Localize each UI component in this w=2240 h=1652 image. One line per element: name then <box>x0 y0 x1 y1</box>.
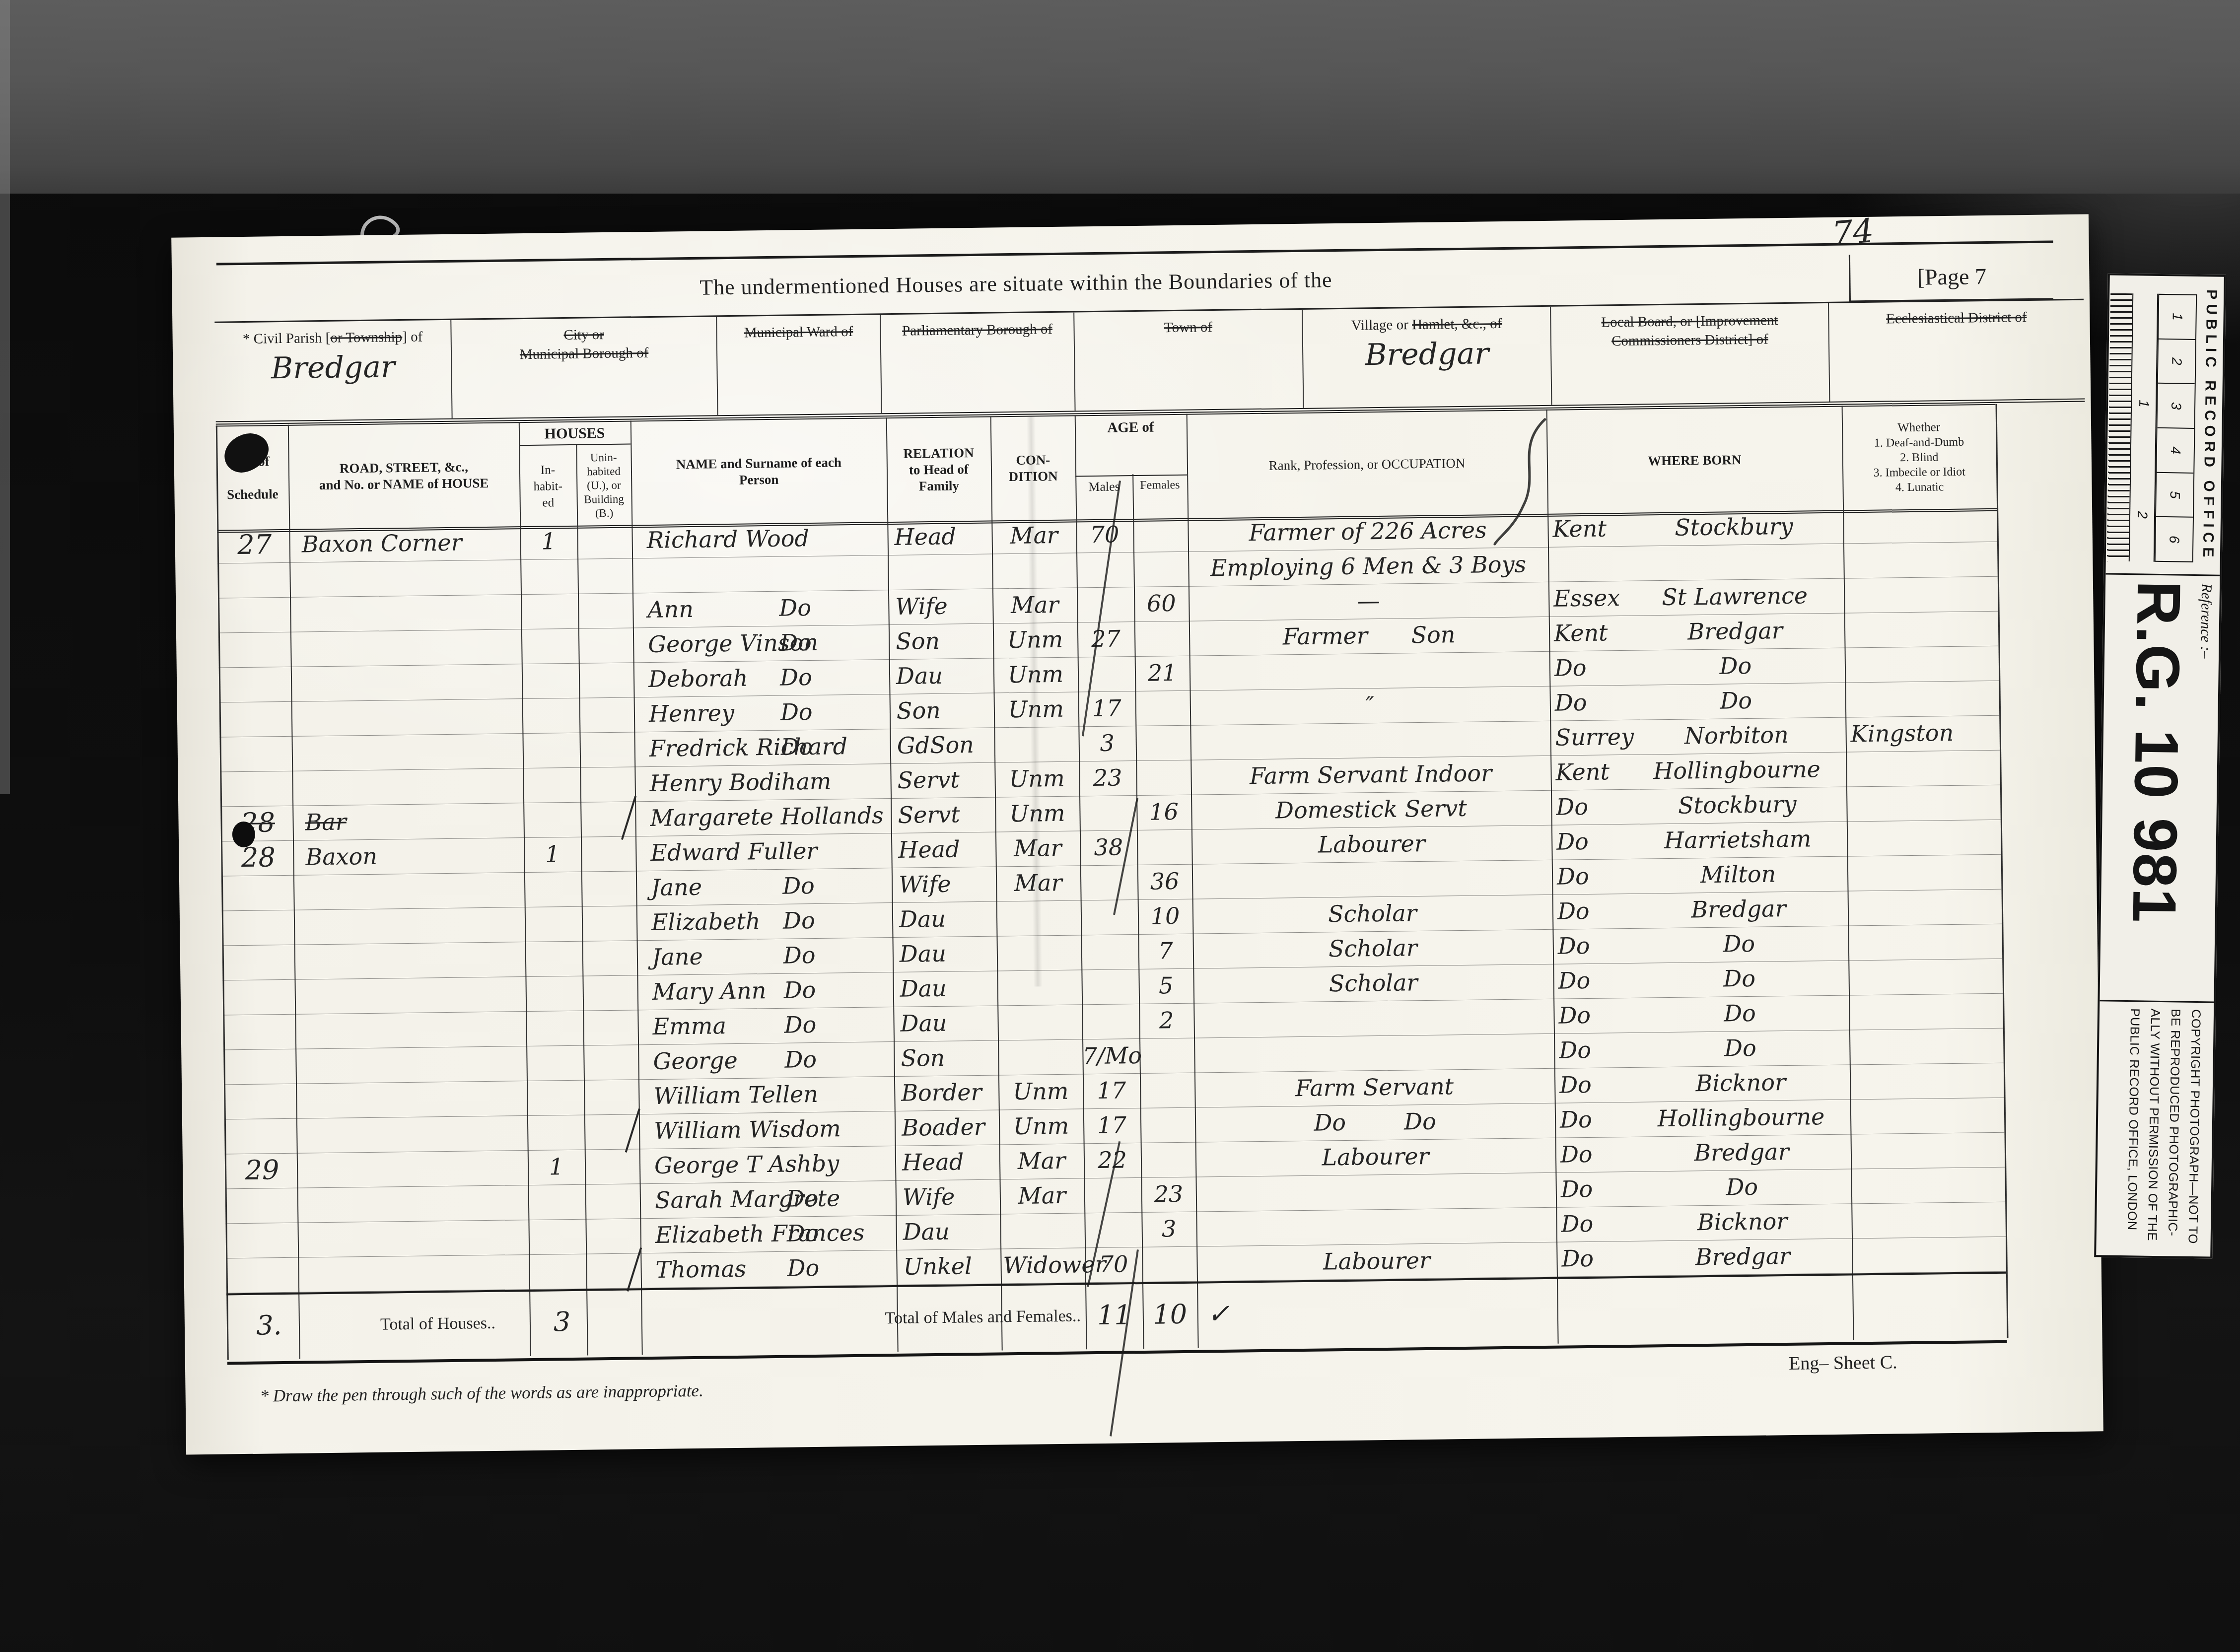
cell-born2: Do <box>1629 648 1843 686</box>
cell-ageF: 7 <box>1138 934 1193 969</box>
cell-rel: Wife <box>893 589 995 624</box>
cell-born1: Kent <box>1554 616 1629 652</box>
cell-name2: Do <box>784 1008 874 1043</box>
disability-option-2: 2. Blind <box>1900 450 1939 465</box>
column-header-uninhabited: Unin- habited (U.), or Building (B.) <box>576 445 631 525</box>
inch-number-1: 1 <box>2136 400 2152 408</box>
cell-ageM: 17 <box>1083 1074 1140 1109</box>
cell-born2: Bredgar <box>1635 1135 1849 1172</box>
reference-value: R.G. 10 981 <box>2119 580 2194 924</box>
cell-occ: ″ <box>1190 687 1550 726</box>
header-field-1: City orMunicipal Borough of <box>450 317 717 418</box>
cm-number-6: 6 <box>2156 516 2193 561</box>
cell-born2: Do <box>1633 1031 1847 1068</box>
cm-number-5: 5 <box>2156 472 2193 517</box>
inch-number-2: 2 <box>2134 511 2150 519</box>
totals-females-value: 10 <box>1142 1299 1197 1330</box>
cell-rel: Wife <box>900 1179 1002 1215</box>
cm-number-1: 1 <box>2159 295 2196 339</box>
cell-born2: Do <box>1632 926 1846 964</box>
header-field-2: Municipal Ward of <box>716 315 881 415</box>
cell-born2: Hollingbourne <box>1630 753 1844 790</box>
cell-ageM: 3 <box>1078 726 1136 761</box>
cell-born2: Do <box>1632 961 1846 998</box>
cell-rel: Son <box>899 1040 1000 1076</box>
copyright-line-3: PUBLIC RECORD OFFICE, LONDON <box>2122 1008 2144 1256</box>
cell-born1: Do <box>1559 1068 1634 1103</box>
cell-ageF: 23 <box>1141 1177 1196 1213</box>
cell-name2: Do <box>779 625 869 661</box>
column-header-road: ROAD, STREET, &c., and No. or NAME of HO… <box>288 423 520 529</box>
column-header-born: WHERE BORN <box>1546 407 1843 514</box>
cell-born2: St Lawrence <box>1628 579 1842 616</box>
header-field-value: Bredgar <box>1365 336 1489 372</box>
cell-cond: Unm <box>1001 1109 1081 1145</box>
cell-occ: Labourer <box>1195 1138 1556 1177</box>
cell-born1: Do <box>1556 825 1631 860</box>
cell-name: Henry Bodiham <box>649 764 888 802</box>
column-header-males: Males <box>1075 479 1132 494</box>
page-title: The undermentioned Houses are situate wi… <box>172 261 1860 307</box>
cell-name2: Do <box>780 695 870 731</box>
ink-dot <box>232 822 256 848</box>
cell-born2: Bredgar <box>1628 614 1842 651</box>
cell-occ: Domestick Servt <box>1191 791 1551 830</box>
cell-rel: Dau <box>894 658 996 694</box>
cell-name2: Do <box>786 1216 876 1251</box>
cell-rel: Servt <box>895 762 997 798</box>
header-field-4: Town of <box>1073 310 1303 411</box>
cell-inh: 1 <box>530 1150 583 1185</box>
footnote: * Draw the pen through such of the words… <box>260 1381 703 1406</box>
cell-occ: Scholar <box>1193 964 1553 1004</box>
cell-ageM: 7/Mo <box>1082 1039 1140 1074</box>
totals-males-value: 11 <box>1085 1299 1143 1331</box>
cell-name2: Do <box>783 903 873 939</box>
cell-rel: Son <box>895 693 996 729</box>
ruler-cm-scale: 123456 <box>2155 294 2197 562</box>
cell-name2: Do <box>780 730 870 765</box>
cell-rel: Dau <box>898 936 999 972</box>
cell-born2: Bicknor <box>1634 1065 1848 1102</box>
cell-rel: Border <box>899 1075 1001 1111</box>
sheet-label: Eng– Sheet C. <box>1789 1351 1897 1375</box>
header-field-5: Village or Hamlet, &c., ofBredgar <box>1302 307 1551 408</box>
cell-rel: Son <box>894 623 995 659</box>
cell-rel: Dau <box>901 1214 1002 1250</box>
cell-born2: Do <box>1635 1170 1849 1207</box>
cell-cond: Unm <box>1001 1074 1081 1110</box>
cell-cond: Widower <box>1003 1248 1083 1284</box>
cell-name2: Do <box>779 591 869 626</box>
cell-name: Richard Wood <box>646 521 885 558</box>
cell-born2: Bredgar <box>1632 892 1846 929</box>
cell-road: Baxon Corner <box>301 525 520 562</box>
column-header-houses: HOUSES <box>519 424 630 446</box>
column-header-inhabited: In- habit- ed <box>519 446 577 526</box>
cm-number-2: 2 <box>2158 339 2195 384</box>
cell-born2: Bredgar <box>1636 1239 1850 1276</box>
photo-edge-sliver <box>0 0 10 794</box>
cell-born2: Stockbury <box>1630 787 1844 825</box>
cell-born2: Stockbury <box>1627 509 1841 547</box>
cell-born1: Do <box>1560 1137 1635 1173</box>
copyright-line-1: BE REPRODUCED PHOTOGRAPHIC- <box>2163 1009 2184 1256</box>
reference-label: Reference :– <box>2197 583 2215 659</box>
column-header-females: Females <box>1132 479 1187 492</box>
cell-ageF: 16 <box>1136 795 1191 830</box>
totals-males-females-label: Total of Males and Females.. <box>674 1307 1081 1330</box>
cell-occ: — <box>1189 582 1549 621</box>
cell-inh: 1 <box>522 525 575 560</box>
pen-flourish <box>1489 415 1555 553</box>
disability-option-4: 4. Lunatic <box>1895 480 1944 495</box>
cm-number-3: 3 <box>2158 383 2195 428</box>
cell-road: Baxon <box>305 838 524 875</box>
cell-occ: Labourer <box>1191 826 1552 865</box>
copyright-line-0: COPYRIGHT PHOTOGRAPH—NOT TO <box>2183 1009 2205 1257</box>
cell-born1: Surrey <box>1555 720 1630 756</box>
cell-occ: Employing 6 Men & 3 Boys <box>1188 548 1548 587</box>
cell-occ: Labourer <box>1196 1242 1557 1282</box>
cell-born1: Do <box>1561 1241 1636 1277</box>
cell-inh: 1 <box>526 837 579 873</box>
cell-rel: Head <box>900 1145 1002 1180</box>
header-field-value: Bredgar <box>271 349 395 386</box>
cell-name: William Wisdom <box>654 1111 893 1149</box>
page-number-label: [Page 7 <box>1849 252 2053 302</box>
cell-occ: Farm Servant <box>1194 1069 1555 1108</box>
column-header-disability: Whether 1. Deaf-and-Dumb 2. Blind 3. Imb… <box>1842 405 1997 510</box>
reference-section: Reference :– R.G. 10 981 <box>2100 573 2220 1003</box>
cell-name2: Do <box>784 1042 874 1078</box>
cell-occ: Do Do <box>1195 1103 1555 1143</box>
cell-name2: Do <box>780 660 870 696</box>
cell-rel: Servt <box>896 797 997 833</box>
cell-ageM: 23 <box>1079 761 1136 796</box>
header-field-0: * Civil Parish [or Township] ofBredgar <box>214 320 451 421</box>
cell-born1: Do <box>1557 859 1632 895</box>
totals-houses-label: Total of Houses.. <box>316 1313 560 1335</box>
header-field-6: Local Board, or [ImprovementCommissioner… <box>1550 303 1829 405</box>
cell-born1: Do <box>1554 651 1629 687</box>
cell-born2: Milton <box>1631 857 1845 894</box>
cell-occ: Scholar <box>1192 895 1553 934</box>
cell-ageF: 2 <box>1139 1004 1194 1039</box>
cell-name2: Do <box>783 938 873 974</box>
cell-born1: Do <box>1558 998 1633 1034</box>
cell-born1: Do <box>1556 790 1631 826</box>
cell-rel: Dau <box>898 971 999 1007</box>
cell-born2: Hollingbourne <box>1634 1100 1848 1137</box>
cell-ageM: 27 <box>1077 622 1135 657</box>
pro-reference-strip: PUBLIC RECORD OFFICE 123456 1 2 Referenc… <box>2094 273 2226 1258</box>
cell-ageF: 3 <box>1141 1212 1196 1247</box>
cell-sched: 27 <box>222 528 287 564</box>
cell-born1: Do <box>1557 894 1632 930</box>
header-field-7: Ecclesiastical District of <box>1828 300 2085 402</box>
cell-rel: Wife <box>897 867 998 902</box>
cell-rel: GdSon <box>895 728 996 763</box>
cell-rel: Unkel <box>901 1249 1003 1285</box>
cell-born1: Essex <box>1553 581 1628 617</box>
pro-office-label: PUBLIC RECORD OFFICE <box>2199 282 2220 568</box>
cell-rel: Boader <box>900 1110 1001 1146</box>
handwritten-folio-number: 74 <box>1830 211 1875 253</box>
totals-schedule-value: 3. <box>237 1309 302 1342</box>
disability-option-1: 1. Deaf-and-Dumb <box>1874 435 1964 451</box>
disability-whether: Whether <box>1897 420 1940 435</box>
pro-reference-strip-content: PUBLIC RECORD OFFICE 123456 1 2 Referenc… <box>2094 273 2226 1258</box>
copyright-line-2: ALLY WITHOUT PERMISSION OF THE <box>2142 1009 2164 1256</box>
totals-check-icon: ✓ <box>1207 1298 1230 1330</box>
cell-cond: Mar <box>1002 1178 1082 1214</box>
cell-ageM: 17 <box>1083 1108 1141 1144</box>
cell-name: Margarete Hollands <box>650 799 889 836</box>
cell-name: William Tellen <box>653 1077 892 1114</box>
ruler-fine-ticks <box>2107 293 2134 562</box>
cell-dis: Kingston <box>1850 716 2000 753</box>
header-field-3: Parliamentary Borough of <box>880 312 1074 413</box>
cell-rel: Dau <box>897 901 999 937</box>
cell-born2: Harrietsham <box>1631 822 1845 859</box>
disability-option-3: 3. Imbecile or Idiot <box>1873 465 1965 481</box>
copyright-section: COPYRIGHT PHOTOGRAPH—NOT TOBE REPRODUCED… <box>2096 1000 2214 1257</box>
column-header-age: AGE of <box>1075 419 1187 436</box>
cell-born1: Do <box>1561 1207 1636 1242</box>
cell-ageF: 21 <box>1135 656 1190 691</box>
cell-cond: Mar <box>1002 1144 1082 1179</box>
cell-sched: 28 <box>226 841 291 877</box>
cell-sched: 29 <box>230 1154 295 1189</box>
cell-born1: Do <box>1554 686 1629 721</box>
cm-number-4: 4 <box>2157 427 2194 473</box>
cell-born2: Bicknor <box>1635 1204 1849 1241</box>
column-header-name: NAME and Surname of each Person <box>630 418 888 525</box>
cell-name2: Do <box>787 1250 877 1286</box>
cell-name2: Do <box>783 973 873 1009</box>
cell-occ: Farm Servant Indoor <box>1190 756 1551 795</box>
cell-name2: Do <box>782 869 872 904</box>
column-header-relation: RELATION to Head of Family <box>886 417 992 522</box>
cell-born1: Kent <box>1555 755 1630 791</box>
cell-ageM: 70 <box>1076 518 1133 553</box>
cell-born1: Kent <box>1552 512 1627 548</box>
cell-born2: Do <box>1629 683 1843 720</box>
age-subheader-rule <box>1075 475 1187 477</box>
ruler-section: PUBLIC RECORD OFFICE 123456 1 2 <box>2105 275 2224 576</box>
cell-name: Edward Fuller <box>650 833 889 871</box>
photo-background-band <box>0 0 2240 194</box>
cell-born1: Do <box>1557 929 1632 964</box>
totals-houses-value: 3 <box>537 1306 587 1338</box>
census-form-page: 74 The undermentioned Houses are situate… <box>171 214 2103 1455</box>
cell-born1: Do <box>1559 1033 1634 1069</box>
cell-occ: Farmer Son <box>1189 617 1549 656</box>
cell-ageF: 36 <box>1137 865 1192 900</box>
ruler-inch-scale: 1 2 <box>2129 293 2159 562</box>
cell-occ: Scholar <box>1192 930 1553 969</box>
cell-born1: Do <box>1560 1172 1635 1208</box>
cell-ageF: 10 <box>1138 899 1193 935</box>
cell-name2: Do <box>786 1181 876 1217</box>
cell-rel: Head <box>892 519 994 555</box>
cell-born2: Do <box>1633 996 1847 1033</box>
cell-born2: Norbiton <box>1629 718 1843 755</box>
cell-born1: Do <box>1560 1102 1635 1138</box>
cell-name: George T Ashby <box>654 1146 893 1184</box>
cell-born1: Do <box>1558 964 1633 999</box>
cell-rel: Head <box>896 832 998 868</box>
cell-ageF: 60 <box>1134 587 1189 622</box>
cell-ageF: 5 <box>1138 969 1193 1004</box>
cell-rel: Dau <box>898 1006 1000 1041</box>
cell-road: Bar <box>305 803 524 840</box>
